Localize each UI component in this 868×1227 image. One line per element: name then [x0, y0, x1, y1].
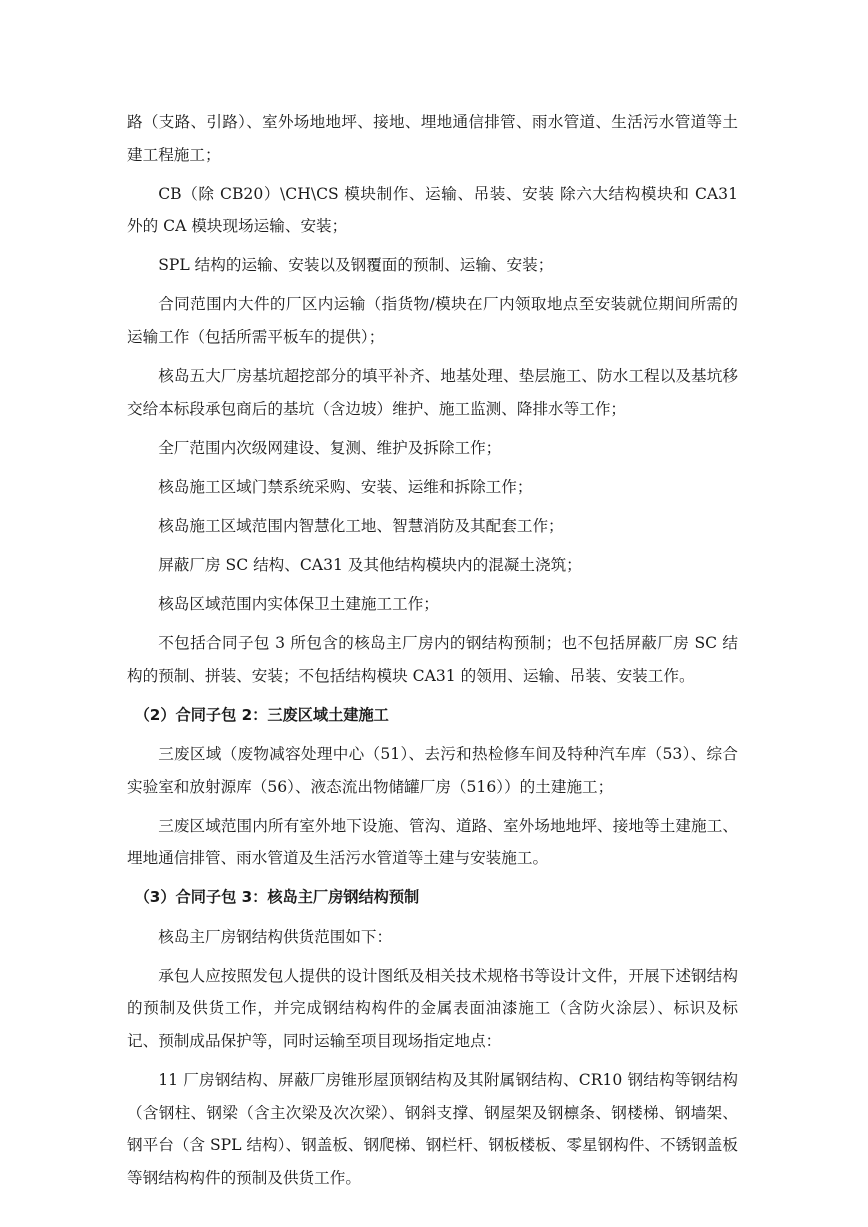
paragraph-exclusions: 不包括合同子包 3 所包含的核岛主厂房内的钢结构预制；也不包括屏蔽厂房 SC 结…	[127, 627, 738, 692]
paragraph-cb-modules: CB（除 CB20）\CH\CS 模块制作、运输、吊装、安装 除六大结构模块和 …	[127, 178, 738, 243]
section-heading-subpackage-3: （3）合同子包 3：核岛主厂房钢结构预制	[127, 881, 738, 914]
document-page: 路（支路、引路）、室外场地地坪、接地、埋地通信排管、雨水管道、生活污水管道等土建…	[127, 106, 738, 1201]
paragraph-transport: 合同范围内大件的厂区内运输（指货物/模块在厂内领取地点至安装就位期间所需的运输工…	[127, 288, 738, 353]
paragraph-waste-outdoor: 三废区域范围内所有室外地下设施、管沟、道路、室外场地地坪、接地等土建施工、埋地通…	[127, 810, 738, 875]
paragraph-smart-site: 核岛施工区域范围内智慧化工地、智慧消防及其配套工作；	[127, 510, 738, 543]
paragraph-access-control: 核岛施工区域门禁系统采购、安装、运维和拆除工作；	[127, 471, 738, 504]
paragraph-spl: SPL 结构的运输、安装以及钢覆面的预制、运输、安装；	[127, 249, 738, 282]
paragraph-continuation: 路（支路、引路）、室外场地地坪、接地、埋地通信排管、雨水管道、生活污水管道等土建…	[127, 106, 738, 171]
paragraph-supply-scope: 核岛主厂房钢结构供货范围如下：	[127, 921, 738, 954]
paragraph-waste-area: 三废区域（废物减容处理中心（51）、去污和热检修车间及特种汽车库（53）、综合实…	[127, 738, 738, 803]
paragraph-contractor-duties: 承包人应按照发包人提供的设计图纸及相关技术规格书等设计文件，开展下述钢结构的预制…	[127, 960, 738, 1058]
section-heading-subpackage-2: （2）合同子包 2：三废区域土建施工	[127, 699, 738, 732]
paragraph-concrete: 屏蔽厂房 SC 结构、CA31 及其他结构模块内的混凝土浇筑；	[127, 549, 738, 582]
paragraph-security: 核岛区域范围内实体保卫土建施工工作；	[127, 588, 738, 621]
paragraph-steel-items: 11 厂房钢结构、屏蔽厂房锥形屋顶钢结构及其附属钢结构、CR10 钢结构等钢结构…	[127, 1064, 738, 1194]
paragraph-survey-network: 全厂范围内次级网建设、复测、维护及拆除工作；	[127, 432, 738, 465]
paragraph-foundation: 核岛五大厂房基坑超挖部分的填平补齐、地基处理、垫层施工、防水工程以及基坑移交给本…	[127, 360, 738, 425]
